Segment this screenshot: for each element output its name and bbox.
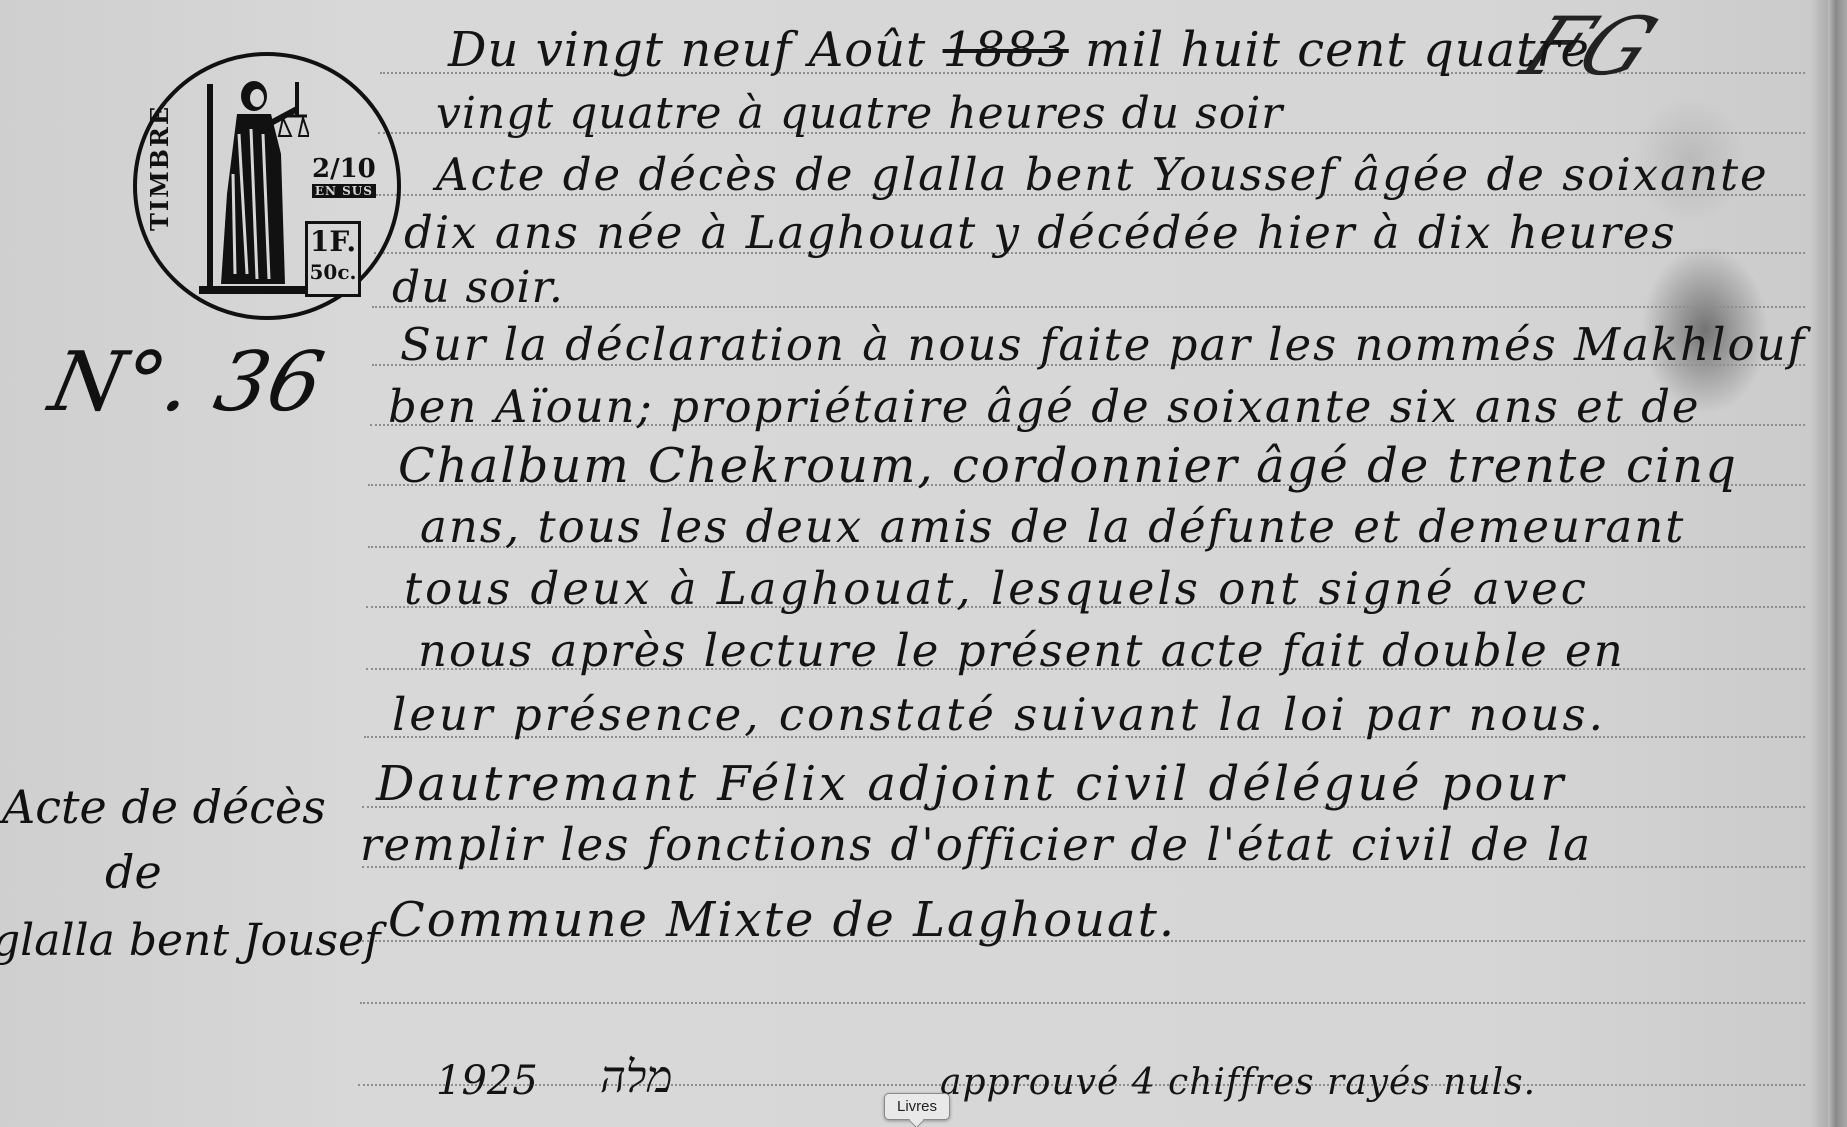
stamp-surcharge-note: EN SUS <box>312 184 376 198</box>
stamp-price-box: 1F. 50c. <box>305 221 361 297</box>
record-number: N°. 36 <box>42 335 331 430</box>
body-line-14: remplir les fonctions d'officier de l'ét… <box>360 818 1592 871</box>
body-line-3: Acte de décès de glalla bent Youssef âgé… <box>436 148 1769 201</box>
body-line-1: Du vingt neuf Août 1883 mil huit cent qu… <box>448 22 1590 78</box>
page-edge-shadow <box>1828 0 1847 1127</box>
stamp-price-francs: 1F. <box>308 228 358 256</box>
body-line-1-before: Du vingt neuf Août <box>448 22 943 78</box>
stamp-surcharge: 2/10 EN SUS <box>312 156 376 198</box>
struck-year: 1883 <box>943 22 1069 78</box>
body-line-10: tous deux à Laghouat, lesquels ont signé… <box>404 562 1589 615</box>
body-line-11: nous après lecture le présent acte fait … <box>418 624 1625 677</box>
ruled-line <box>360 1002 1805 1004</box>
body-line-6: Sur la déclaration à nous faite par les … <box>400 318 1806 371</box>
document-scan: FG TIMBRE 2/10 EN SUS 1F. <box>0 0 1847 1127</box>
ruled-line <box>372 306 1805 308</box>
margin-title-line1: Acte de décès <box>2 780 326 834</box>
body-line-1-after: mil huit cent quatre <box>1069 22 1590 78</box>
bottom-note-approval: approuvé 4 chiffres rayés nuls. <box>940 1062 1536 1103</box>
livres-tooltip: Livres <box>884 1093 950 1120</box>
body-line-2: vingt quatre à quatre heures du soir <box>436 88 1283 139</box>
body-line-7: ben Aïoun; propriétaire âgé de soixante … <box>388 380 1701 433</box>
body-line-13: Dautremant Félix adjoint civil délégué p… <box>376 756 1566 812</box>
body-line-5: du soir. <box>392 262 564 313</box>
body-line-4: dix ans née à Laghouat y décédée hier à … <box>404 206 1677 259</box>
body-line-12: leur présence, constaté suivant la loi p… <box>392 688 1606 741</box>
bottom-note-hebrew-mid: מלה <box>600 1052 672 1103</box>
justice-figure-icon <box>199 74 309 299</box>
tax-stamp: TIMBRE 2/10 EN SUS 1F. 50c. <box>133 52 401 320</box>
stamp-label: TIMBRE <box>145 105 174 231</box>
body-line-15: Commune Mixte de Laghouat. <box>388 892 1176 948</box>
stamp-surcharge-fraction: 2/10 <box>312 154 376 184</box>
body-line-8: Chalbum Chekroum, cordonnier âgé de tren… <box>398 438 1738 494</box>
stamp-price-centimes: 50c. <box>308 262 358 282</box>
body-line-9: ans, tous les deux amis de la défunte et… <box>420 500 1685 553</box>
margin-title-line3: glalla bent Jousef <box>0 915 380 966</box>
bottom-note-hebrew-left: 1925 <box>436 1058 538 1104</box>
margin-title-line2: de <box>105 845 162 899</box>
